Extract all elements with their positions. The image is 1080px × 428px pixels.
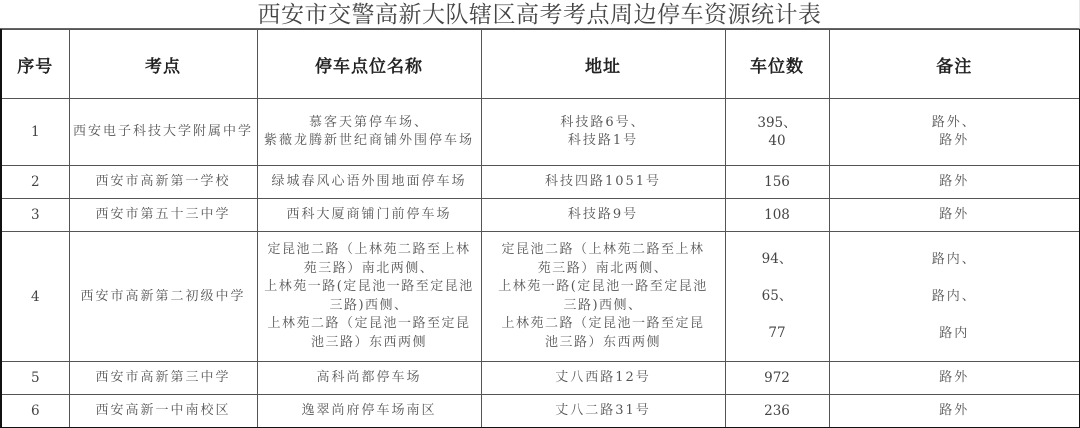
count-line: 40 [728,132,827,150]
address-line: 池三路）东西两侧 [484,334,723,353]
parking-name-line: 池三路）东西两侧 [260,334,479,353]
table-title: 西安市交警高新大队辖区高考考点周边停车资源统计表 [0,1,1079,29]
address-line: 科技路6号、 [484,114,723,132]
cell-seq[interactable]: 1 [1,99,69,166]
address-line: 三路)西侧、 [484,297,723,316]
spreadsheet-sheet: 西安市交警高新大队辖区高考考点周边停车资源统计表 序号 考点 停车点位名称 地址… [0,0,1080,428]
parking-name-line: 三路)西侧、 [260,297,479,316]
remark-line: 路外 [832,132,1078,150]
cell-space-count[interactable]: 236 [725,395,829,428]
cell-remarks[interactable]: 路外 [829,362,1080,395]
parking-name-line: 上林苑二路（定昆池一路至定昆 [260,315,479,334]
cell-seq[interactable]: 5 [1,362,69,395]
cell-remarks[interactable]: 路外、 路外 [829,99,1080,166]
table-row: 5 西安市高新第三中学 高科尚都停车场 丈八西路12号 972 路外 [1,362,1080,395]
header-exam-site[interactable]: 考点 [69,30,257,99]
cell-remarks[interactable]: 路外 [829,166,1080,199]
cell-address[interactable]: 定昆池二路（上林苑二路至上林 苑三路）南北两侧、 上林苑一路(定昆池一路至定昆池… [481,232,725,362]
cell-remarks[interactable]: 路外 [829,395,1080,428]
cell-exam-site[interactable]: 西安市高新第二初级中学 [69,232,257,362]
cell-space-count[interactable]: 156 [725,166,829,199]
address-line: 上林苑一路(定昆池一路至定昆池 [484,278,723,297]
cell-parking-name[interactable]: 绿城春风心语外围地面停车场 [257,166,481,199]
count-line: 395、 [728,114,827,132]
count-line: 65、 [728,278,827,315]
remark-line: 路外、 [832,114,1078,132]
parking-name-line: 定昆池二路（上林苑二路至上林 [260,241,479,260]
parking-name-line: 紫薇龙腾新世纪商铺外围停车场 [260,132,479,150]
table-row: 3 西安市第五十三中学 西科大厦商铺门前停车场 科技路9号 108 路外 [1,199,1080,232]
cell-seq[interactable]: 2 [1,166,69,199]
remark-line: 路内、 [832,278,1078,315]
cell-exam-site[interactable]: 西安市第五十三中学 [69,199,257,232]
address-line: 定昆池二路（上林苑二路至上林 [484,241,723,260]
count-line: 77 [728,315,827,352]
header-parking-name[interactable]: 停车点位名称 [257,30,481,99]
cell-seq[interactable]: 3 [1,199,69,232]
parking-name-line: 上林苑一路(定昆池一路至定昆池 [260,278,479,297]
table-row: 6 西安高新一中南校区 逸翠尚府停车场南区 丈八二路31号 236 路外 [1,395,1080,428]
header-seq[interactable]: 序号 [1,30,69,99]
address-line: 上林苑二路（定昆池一路至定昆 [484,315,723,334]
cell-parking-name[interactable]: 定昆池二路（上林苑二路至上林 苑三路）南北两侧、 上林苑一路(定昆池一路至定昆池… [257,232,481,362]
parking-name-line: 慕客天第停车场、 [260,114,479,132]
cell-parking-name[interactable]: 慕客天第停车场、 紫薇龙腾新世纪商铺外围停车场 [257,99,481,166]
cell-address[interactable]: 科技路6号、 科技路1号 [481,99,725,166]
header-address[interactable]: 地址 [481,30,725,99]
table-row: 1 西安电子科技大学附属中学 慕客天第停车场、 紫薇龙腾新世纪商铺外围停车场 科… [1,99,1080,166]
table-row: 2 西安市高新第一学校 绿城春风心语外围地面停车场 科技四路1051号 156 … [1,166,1080,199]
cell-address[interactable]: 科技四路1051号 [481,166,725,199]
cell-exam-site[interactable]: 西安市高新第三中学 [69,362,257,395]
table-row: 4 西安市高新第二初级中学 定昆池二路（上林苑二路至上林 苑三路）南北两侧、 上… [1,232,1080,362]
header-remarks[interactable]: 备注 [829,30,1080,99]
cell-exam-site[interactable]: 西安高新一中南校区 [69,395,257,428]
remark-line: 路内、 [832,241,1078,278]
cell-space-count[interactable]: 94、 65、 77 [725,232,829,362]
header-row: 序号 考点 停车点位名称 地址 车位数 备注 [1,30,1080,99]
cell-address[interactable]: 科技路9号 [481,199,725,232]
cell-exam-site[interactable]: 西安市高新第一学校 [69,166,257,199]
cell-address[interactable]: 丈八西路12号 [481,362,725,395]
cell-seq[interactable]: 6 [1,395,69,428]
title-row: 西安市交警高新大队辖区高考考点周边停车资源统计表 [0,0,1080,29]
cell-remarks[interactable]: 路内、 路内、 路内 [829,232,1080,362]
parking-resource-table: 序号 考点 停车点位名称 地址 车位数 备注 1 西安电子科技大学附属中学 慕客… [0,29,1080,428]
cell-parking-name[interactable]: 西科大厦商铺门前停车场 [257,199,481,232]
cell-parking-name[interactable]: 逸翠尚府停车场南区 [257,395,481,428]
address-line: 科技路1号 [484,132,723,150]
parking-name-line: 苑三路）南北两侧、 [260,260,479,279]
remark-line: 路内 [832,315,1078,352]
cell-address[interactable]: 丈八二路31号 [481,395,725,428]
cell-space-count[interactable]: 972 [725,362,829,395]
address-line: 苑三路）南北两侧、 [484,260,723,279]
cell-parking-name[interactable]: 高科尚都停车场 [257,362,481,395]
cell-remarks[interactable]: 路外 [829,199,1080,232]
cell-space-count[interactable]: 108 [725,199,829,232]
cell-space-count[interactable]: 395、 40 [725,99,829,166]
count-line: 94、 [728,241,827,278]
cell-exam-site[interactable]: 西安电子科技大学附属中学 [69,99,257,166]
cell-seq[interactable]: 4 [1,232,69,362]
header-space-count[interactable]: 车位数 [725,30,829,99]
